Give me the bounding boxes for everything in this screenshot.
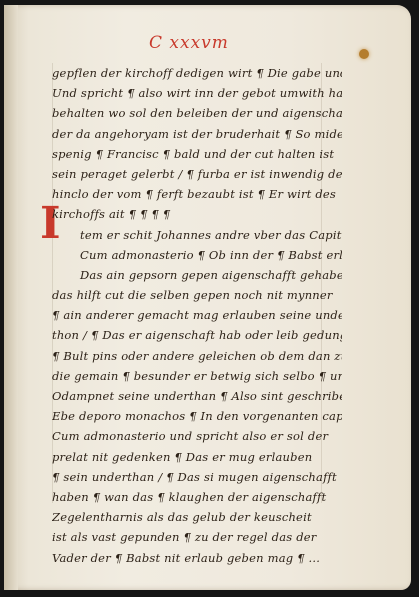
- text-line: spenig ¶ Francisc ¶ bald und der cut hal…: [52, 144, 342, 164]
- text-line: Cum admonasterio und spricht also er sol…: [52, 426, 342, 446]
- text-line: Cum admonasterio ¶ Ob inn der ¶ Babst er…: [52, 245, 342, 265]
- text-line: haben ¶ wan das ¶ klaughen der aigenscha…: [52, 487, 342, 507]
- text-line: Das ain gepsorn gepen aigenschafft gehab…: [52, 265, 342, 285]
- text-line: das hilft cut die selben gepen noch nit …: [52, 285, 342, 305]
- binding-gutter: [4, 5, 18, 590]
- text-line: prelat nit gedenken ¶ Das er mug erlaube…: [52, 447, 342, 467]
- paper-stain: [359, 49, 369, 59]
- text-line: ¶ ain anderer gemacht mag erlauben seine…: [52, 305, 342, 325]
- text-line: hinclo der vom ¶ ferft bezaubt ist ¶ Er …: [52, 184, 342, 204]
- manuscript-page: C xxxvm I gepflen der kirchoff dedigen w…: [4, 5, 411, 590]
- manuscript-text: gepflen der kirchoff dedigen wirt ¶ Die …: [52, 63, 342, 568]
- text-line: Zegelentharnis als das gelub der keusche…: [52, 507, 342, 527]
- text-line: Vader der ¶ Babst nit erlaub geben mag ¶…: [52, 548, 342, 568]
- text-line: sein peraget gelerbt / ¶ furba er ist in…: [52, 164, 342, 184]
- text-line: kirchoffs ait ¶ ¶ ¶ ¶: [52, 204, 342, 224]
- text-line: ist als vast gepunden ¶ zu der regel das…: [52, 527, 342, 547]
- text-line: der da angehoryam ist der bruderhait ¶ S…: [52, 124, 342, 144]
- text-line: ¶ sein underthan / ¶ Das si mugen aigens…: [52, 467, 342, 487]
- folio-number: C xxxvm: [149, 33, 229, 53]
- text-line: thon / ¶ Das er aigenschaft hab oder lei…: [52, 325, 342, 345]
- text-line: ¶ Bult pins oder andere geleichen ob dem…: [52, 346, 342, 366]
- text-line: Ebe deporo monachos ¶ In den vorgenanten…: [52, 406, 342, 426]
- text-line: Odampnet seine underthan ¶ Also sint ges…: [52, 386, 342, 406]
- text-line: die gemain ¶ besunder er betwig sich sel…: [52, 366, 342, 386]
- text-line: gepflen der kirchoff dedigen wirt ¶ Die …: [52, 63, 342, 83]
- text-line: Und spricht ¶ also wirt inn der gebot um…: [52, 83, 342, 103]
- text-line: behalten wo sol den beleiben der und aig…: [52, 103, 342, 123]
- text-line: tem er schit Johannes andre vber das Cap…: [52, 225, 342, 245]
